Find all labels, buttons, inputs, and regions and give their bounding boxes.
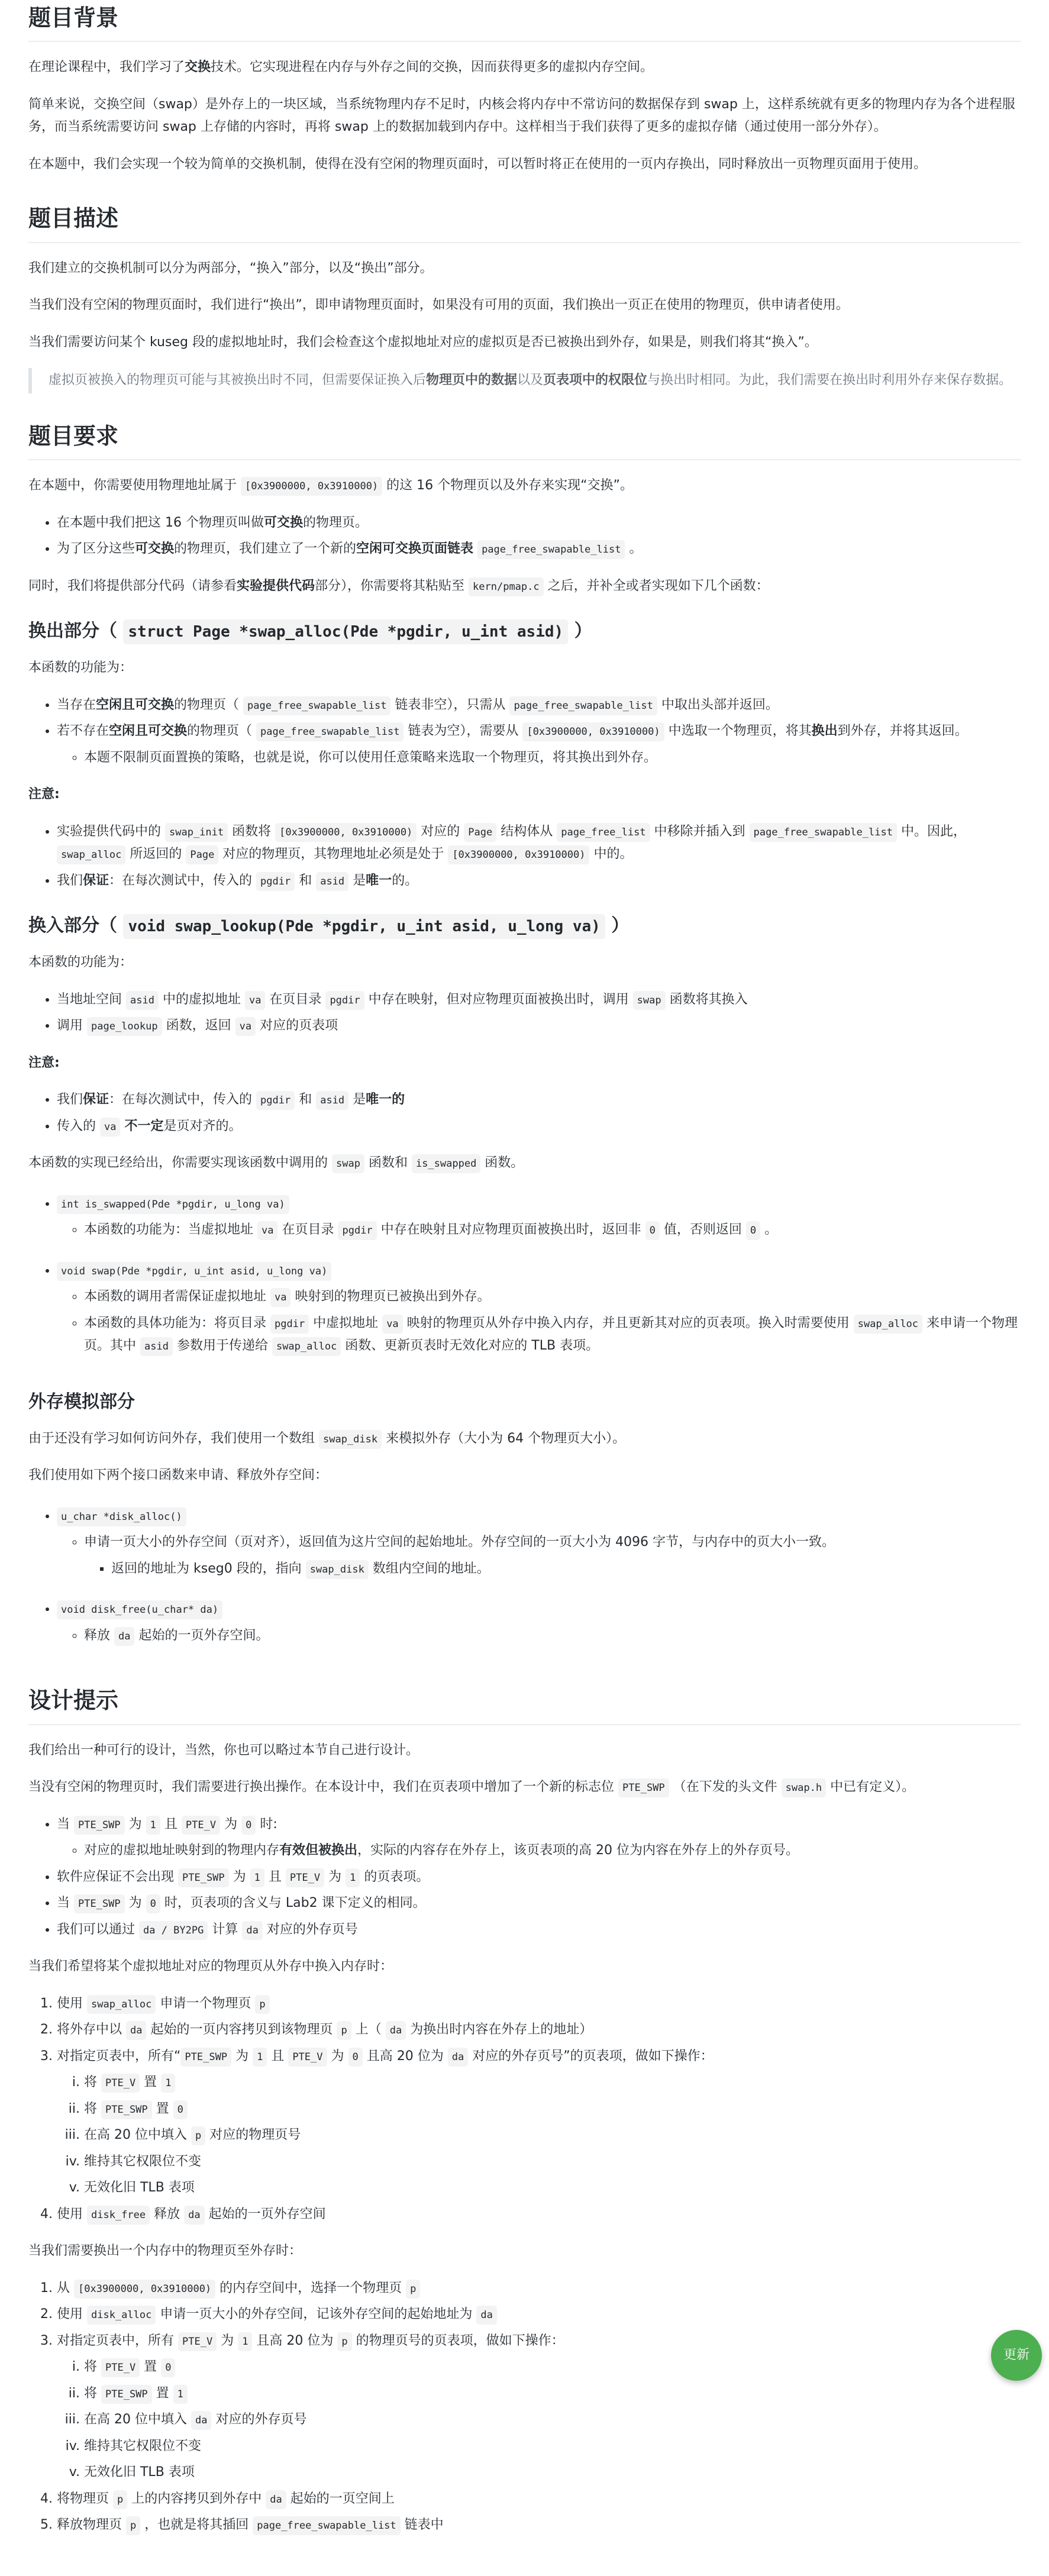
text: 为了区分这些 — [57, 541, 135, 556]
inline-code: va — [100, 1118, 120, 1137]
text: 本题不限制页面置换的策略，也就是说，你可以使用任意策略来选取一个物理页，将其换出… — [84, 750, 657, 765]
inline-code: da — [266, 2490, 286, 2509]
text: 的内存空间中，选择一个物理页 — [215, 2281, 406, 2296]
paragraph: 在本题中，你需要使用物理地址属于 [0x3900000, 0x3910000) … — [28, 474, 1021, 498]
inline-code: void swap_lookup(Pde *pgdir, u_int asid,… — [123, 914, 605, 939]
list-item: 软件应保证不会出现 PTE_SWP 为 1 且 PTE_V 为 1 的页表项。 — [57, 1866, 1021, 1889]
text: 当我们需要换出一个内存中的物理页至外存时： — [28, 2243, 302, 2258]
inline-code: pgdir — [270, 1315, 309, 1334]
list-item: 当地址空间 asid 中的虚拟地址 va 在页目录 pgdir 中存在映射，但对… — [57, 989, 1021, 1012]
inline-code: da — [191, 2411, 211, 2430]
text: 对应的物理页，其物理地址必须是处于 — [218, 847, 448, 861]
text: 且高 20 位为 — [252, 2333, 337, 2348]
section-requirements: 题目要求在本题中，你需要使用物理地址属于 [0x3900000, 0x39100… — [28, 414, 1021, 1658]
bold-text: 空闲可交换页面链表 — [356, 541, 473, 556]
text: 的物理页（ — [187, 724, 256, 738]
bullet-list: 当 PTE_SWP 为 1 且 PTE_V 为 0 时:对应的虚拟地址映射到的物… — [28, 1813, 1021, 1942]
text: 使用 — [57, 1996, 87, 2011]
inline-code: asid — [316, 1091, 348, 1110]
inline-code: 1 — [250, 1868, 264, 1887]
bullet-list: 在本题中我们把这 16 个物理页叫做可交换的物理页。为了区分这些可交换的物理页，… — [28, 512, 1021, 561]
text: 是 — [348, 1092, 366, 1107]
list-item: int is_swapped(Pde *pgdir, u_long va)本函数… — [57, 1189, 1021, 1253]
inline-code: void disk_free(u_char* da) — [57, 1600, 222, 1619]
inline-code: va — [270, 1288, 291, 1307]
text: 使用 — [57, 2207, 87, 2222]
text: 链表中 — [401, 2517, 444, 2532]
text: 对应的页表项 — [256, 1018, 338, 1033]
text: 释放 — [150, 2207, 184, 2222]
inline-code: swap.h — [782, 1778, 826, 1797]
text: 我们 — [57, 1092, 83, 1107]
list-item: 调用 page_lookup 函数，返回 va 对应的页表项 — [57, 1015, 1021, 1038]
list-item: 对指定页表中，所有“PTE_SWP 为 1 且 PTE_V 为 0 且高 20 … — [57, 2045, 1021, 2200]
text: 置 — [140, 2359, 161, 2374]
bullet-list: 返回的地址为 kseg0 段的，指向 swap_disk 数组内空间的地址。 — [84, 1558, 1021, 1581]
text: 对应的 — [417, 824, 464, 839]
inline-code: is_swapped — [412, 1154, 480, 1173]
inline-code: 1 — [146, 1816, 160, 1835]
text: 中存在映射，但对应物理页面被换出时，调用 — [364, 992, 633, 1007]
text: ：在每次测试中，传入的 — [109, 873, 256, 888]
text: 和 — [295, 873, 316, 888]
list-item: 释放物理页 p ，也就是将其插回 page_free_swapable_list… — [57, 2514, 1021, 2537]
text: 将 — [84, 2359, 101, 2374]
list-item: void disk_free(u_char* da)释放 da 起始的一页外存空… — [57, 1594, 1021, 1658]
inline-code: PTE_V — [286, 1868, 324, 1887]
text: 之后，并补全或者实现如下几个函数： — [544, 579, 769, 593]
text: 在本题中我们把这 16 个物理页叫做 — [57, 515, 264, 530]
text: 函数。 — [480, 1155, 524, 1170]
text: 在高 20 位中填入 — [84, 2412, 191, 2427]
text: 对应的外存页号 — [211, 2412, 306, 2427]
text: 函数和 — [364, 1155, 412, 1170]
inline-code: p — [126, 2516, 140, 2535]
text: 与换出时相同。为此，我们需要在换出时利用外存来保存数据。 — [647, 373, 1012, 388]
paragraph: 同时，我们将提供部分代码（请参看实验提供代码部分），你需要将其粘贴至 kern/… — [28, 575, 1021, 598]
bullet-list: 申请一页大小的外存空间（页对齐），返回值为这片空间的起始地址。外存空间的一页大小… — [57, 1531, 1021, 1580]
section-title: 题目描述 — [28, 196, 1021, 243]
bold-text: 页表项中的权限位 — [543, 373, 647, 388]
text: 我们使用如下两个接口函数来申请、释放外存空间： — [28, 1468, 328, 1483]
text: 我们给出一种可行的设计，当然，你也可以略过本节自己进行设计。 — [28, 1743, 419, 1758]
text: 虚拟页被换入的物理页可能与其被换出时不同，但需要保证换入后 — [49, 373, 426, 388]
text: 和 — [295, 1092, 316, 1107]
text: 的物理页。 — [303, 515, 368, 530]
text: 中已有定义）。 — [826, 1780, 915, 1794]
text: 对应的物理页号 — [205, 2128, 301, 2142]
inline-code: pgdir — [338, 1221, 376, 1240]
text: 的物理页，我们建立了一个新的 — [174, 541, 356, 556]
text: ） — [605, 915, 629, 936]
text: 对应的虚拟地址映射到的物理内存 — [84, 1843, 279, 1858]
inline-code: swap_alloc — [87, 1995, 156, 2014]
subsection-title: 换出部分（ struct Page *swap_alloc(Pde *pgdir… — [28, 619, 1021, 644]
text: 置 — [152, 2386, 173, 2401]
text: 结构体从 — [496, 824, 557, 839]
text: 。 — [625, 541, 642, 556]
inline-code: 1 — [253, 2048, 267, 2067]
inline-code: PTE_SWP — [101, 2385, 152, 2404]
bold-text: 可交换 — [135, 541, 174, 556]
bold-text: 有效但被换出 — [279, 1843, 357, 1858]
inline-code: PTE_V — [101, 2074, 140, 2093]
inline-code: 0 — [146, 1894, 160, 1913]
inline-code: pgdir — [325, 991, 364, 1010]
inline-code: da — [242, 1921, 262, 1940]
list-item: 维持其它权限位不变 — [84, 2435, 1021, 2458]
section-background: 题目背景在理论课程中，我们学习了交换技术。它实现进程在内存与外存之间的交换，因而… — [28, 0, 1021, 176]
paragraph: 简单来说，交换空间（swap）是外存上的一块区域，当系统物理内存不足时，内核会将… — [28, 93, 1021, 139]
text: 的物理页（ — [174, 698, 243, 712]
text: 为 — [229, 1870, 250, 1884]
text: 释放 — [84, 1628, 114, 1643]
text: 为 — [220, 1817, 241, 1832]
text: 当 — [57, 1817, 74, 1832]
text: 当我们需要访问某个 kuseg 段的虚拟地址时，我们会检查这个虚拟地址对应的虚拟… — [28, 335, 818, 350]
inline-code: 1 — [173, 2385, 188, 2404]
list-item: 在高 20 位中填入 da 对应的外存页号 — [84, 2409, 1021, 2432]
text: 维持其它权限位不变 — [84, 2439, 201, 2454]
inline-code: 1 — [238, 2332, 252, 2351]
text: 当我们没有空闲的物理页面时，我们进行“换出”，即申请物理页面时，如果没有可用的页… — [28, 298, 849, 312]
list-item: 当存在空闲且可交换的物理页（ page_free_swapable_list 链… — [57, 694, 1021, 717]
inline-code: [0x3900000, 0x3910000) — [448, 845, 589, 864]
text: 中选取一个物理页，将其 — [664, 724, 812, 738]
note-label: 注意: — [28, 783, 1021, 806]
list-item: 返回的地址为 kseg0 段的，指向 swap_disk 数组内空间的地址。 — [111, 1558, 1021, 1581]
text: 释放物理页 — [57, 2517, 126, 2532]
inline-code: PTE_V — [288, 2048, 327, 2067]
inline-code: 0 — [348, 2048, 363, 2067]
text: ） — [568, 621, 592, 641]
list-item: 我们保证：在每次测试中，传入的 pgdir 和 asid 是唯一的 — [57, 1089, 1021, 1112]
inline-code: PTE_V — [182, 1816, 220, 1835]
list-item: 无效化旧 TLB 表项 — [84, 2461, 1021, 2484]
list-item: 维持其它权限位不变 — [84, 2151, 1021, 2174]
inline-code: void swap(Pde *pgdir, u_int asid, u_long… — [57, 1262, 331, 1281]
bullet-list: 本题不限制页面置换的策略，也就是说，你可以使用任意策略来选取一个物理页，将其换出… — [57, 747, 1021, 770]
inline-code: p — [113, 2490, 127, 2509]
inline-code: PTE_V — [101, 2358, 140, 2377]
list-item: 将物理页 p 上的内容拷贝到外存中 da 起始的一页空间上 — [57, 2488, 1021, 2511]
text: 且 — [267, 2049, 288, 2064]
text: 置 — [152, 2102, 173, 2116]
bold-text: 不一定 — [124, 1119, 163, 1134]
inline-code: da — [126, 2021, 146, 2040]
inline-code: swap_disk — [319, 1430, 382, 1449]
list-item: 对指定页表中，所有 PTE_V 为 1 且高 20 位为 p 的物理页号的页表项… — [57, 2330, 1021, 2484]
inline-code: da — [448, 2048, 468, 2067]
text: 在本题中，你需要使用物理地址属于 — [28, 478, 241, 493]
inline-code: int is_swapped(Pde *pgdir, u_long va) — [57, 1195, 289, 1214]
bold-text: 注意 — [28, 1055, 54, 1070]
text: 本函数的实现已经给出，你需要实现该函数中调用的 — [28, 1155, 332, 1170]
inline-code: va — [235, 1017, 256, 1036]
update-button[interactable]: 更新 — [991, 2330, 1042, 2381]
list-item: 若不存在空闲且可交换的物理页（ page_free_swapable_list … — [57, 720, 1021, 769]
text: 起始的一页外存空间。 — [134, 1628, 269, 1643]
bullet-list: u_char *disk_alloc()申请一页大小的外存空间（页对齐），返回值… — [28, 1502, 1021, 1658]
inline-code: disk_free — [87, 2206, 150, 2225]
text: 当 — [57, 1896, 74, 1910]
inline-code: page_free_swapable_list — [477, 540, 625, 559]
note-label: 注意: — [28, 1052, 1021, 1075]
text: 参数用于传递给 — [173, 1338, 272, 1353]
text: 为 — [327, 2049, 348, 2064]
text: 中移除并插入到 — [650, 824, 750, 839]
list-item: 将 PTE_V 置 0 — [84, 2356, 1021, 2379]
text: 起始的一页外存空间 — [205, 2207, 326, 2222]
inline-code: page_free_swapable_list — [253, 2516, 400, 2535]
inline-code: asid — [316, 872, 348, 891]
text: ，实际的内容存在外存上，该页表项的高 20 位为内容在外存上的外存页号。 — [357, 1843, 799, 1858]
inline-code: asid — [126, 991, 159, 1010]
inline-code: p — [406, 2280, 420, 2299]
paragraph: 本函数的实现已经给出，你需要实现该函数中调用的 swap 函数和 is_swap… — [28, 1152, 1021, 1175]
text: ，也就是将其插回 — [140, 2517, 253, 2532]
inline-code: page_free_list — [557, 823, 650, 842]
paragraph: 本函数的功能为： — [28, 657, 1021, 680]
text: 我们 — [57, 873, 83, 888]
text: 对指定页表中，所有 — [57, 2333, 178, 2348]
document: 题目背景在理论课程中，我们学习了交换技术。它实现进程在内存与外存之间的交换，因而… — [0, 0, 1049, 2575]
text: 维持其它权限位不变 — [84, 2154, 201, 2169]
text: : — [54, 1055, 60, 1070]
list-item: 本函数的具体功能为：将页目录 pgdir 中虚拟地址 va 映射的物理页从外存中… — [84, 1312, 1021, 1358]
inline-code: [0x3900000, 0x3910000) — [522, 722, 664, 741]
bold-text: 唯一的 — [366, 1092, 405, 1107]
inline-code: PTE_SWP — [101, 2100, 152, 2119]
text: 本函数的具体功能为：将页目录 — [84, 1316, 270, 1331]
inline-code: page_free_swapable_list — [256, 722, 404, 741]
inline-code: swap_alloc — [57, 845, 125, 864]
text: 本函数的调用者需保证虚拟地址 — [84, 1289, 270, 1304]
inline-code: PTE_SWP — [618, 1778, 669, 1797]
paragraph: 当我们需要访问某个 kuseg 段的虚拟地址时，我们会检查这个虚拟地址对应的虚拟… — [28, 331, 1021, 354]
list-item: 将 PTE_SWP 置 1 — [84, 2383, 1021, 2406]
text: 且 — [264, 1870, 286, 1884]
inline-code: swap_disk — [306, 1560, 369, 1579]
text: 本函数的功能为： — [28, 955, 133, 970]
bold-text: 物理页中的数据 — [426, 373, 517, 388]
blockquote: 虚拟页被换入的物理页可能与其被换出时不同，但需要保证换入后物理页中的数据以及页表… — [28, 368, 1021, 393]
list-item: 使用 swap_alloc 申请一个物理页 p — [57, 1993, 1021, 2016]
text: （在下发的头文件 — [669, 1780, 782, 1794]
ordered-list: 使用 swap_alloc 申请一个物理页 p将外存中以 da 起始的一页内容拷… — [28, 1993, 1021, 2226]
inline-code: da — [184, 2206, 204, 2225]
text: 的。 — [392, 873, 418, 888]
text: 。 — [760, 1222, 777, 1237]
inline-code: [0x3900000, 0x3910000) — [275, 823, 417, 842]
text: 所返回的 — [125, 847, 186, 861]
bullet-list: 本函数的功能为：当虚拟地址 va 在页目录 pgdir 中存在映射且对应物理页面… — [57, 1219, 1021, 1242]
bullet-list: 本函数的调用者需保证虚拟地址 va 映射到的物理页已被换出到外存。本函数的具体功… — [57, 1286, 1021, 1358]
bold-text: 实验提供代码 — [237, 579, 315, 593]
text: 映射的物理页从外存中换入内存，并且更新其对应的页表项。换入时需要使用 — [403, 1316, 854, 1331]
paragraph: 由于还没有学习如何访问外存，我们使用一个数组 swap_disk 来模拟外存（大… — [28, 1428, 1021, 1451]
list-item: 在本题中我们把这 16 个物理页叫做可交换的物理页。 — [57, 512, 1021, 535]
text: 为 — [324, 1870, 346, 1884]
inline-code: asid — [140, 1337, 173, 1356]
text: 对指定页表中，所有“ — [57, 2049, 180, 2064]
inline-code: PTE_SWP — [180, 2048, 231, 2067]
text: 我们建立的交换机制可以分为两部分，“换入”部分，以及“换出”部分。 — [28, 261, 433, 276]
text: 在高 20 位中填入 — [84, 2128, 191, 2142]
text: 将 — [84, 2075, 101, 2090]
text: 换出部分（ — [28, 621, 123, 641]
inline-code: swap_init — [165, 823, 228, 842]
list-item: 将 PTE_V 置 1 — [84, 2071, 1021, 2094]
text: 中的。 — [589, 847, 632, 861]
text: 同时，我们将提供部分代码（请参看 — [28, 579, 237, 593]
inline-code: kern/pmap.c — [469, 577, 544, 596]
inline-code: da / BY2PG — [139, 1921, 208, 1940]
paragraph: 当我们希望将某个虚拟地址对应的物理页从外存中换入内存时： — [28, 1955, 1021, 1978]
ordered-list: 将 PTE_V 置 0将 PTE_SWP 置 1在高 20 位中填入 da 对应… — [57, 2356, 1021, 2484]
text: 将外存中以 — [57, 2022, 126, 2037]
text — [473, 541, 477, 556]
paragraph: 当我们需要换出一个内存中的物理页至外存时： — [28, 2240, 1021, 2263]
list-item: u_char *disk_alloc()申请一页大小的外存空间（页对齐），返回值… — [57, 1502, 1021, 1592]
inline-code: 1 — [346, 1868, 360, 1887]
bold-text: 唯一 — [366, 873, 392, 888]
bullet-list: int is_swapped(Pde *pgdir, u_long va)本函数… — [28, 1189, 1021, 1368]
text: 函数将 — [228, 824, 275, 839]
text: 以及 — [517, 373, 543, 388]
list-item: 当 PTE_SWP 为 0 时，页表项的含义与 Lab2 课下定义的相同。 — [57, 1892, 1021, 1915]
text: 起始的一页空间上 — [286, 2491, 395, 2506]
inline-code: PTE_SWP — [74, 1894, 125, 1913]
text: 中取出头部并返回。 — [657, 698, 779, 712]
paragraph: 当没有空闲的物理页时，我们需要进行换出操作。在本设计中，我们在页表项中增加了一个… — [28, 1776, 1021, 1799]
text: 链表非空），只需从 — [390, 698, 509, 712]
inline-code: pgdir — [256, 872, 295, 891]
inline-code: 0 — [241, 1816, 256, 1835]
inline-code: p — [337, 2021, 351, 2040]
text: 上的内容拷贝到外存中 — [127, 2491, 266, 2506]
bullet-list: 释放 da 起始的一页外存空间。 — [57, 1625, 1021, 1648]
list-item: 对应的虚拟地址映射到的物理内存有效但被换出，实际的内容存在外存上，该页表项的高 … — [84, 1839, 1021, 1862]
list-item: 释放 da 起始的一页外存空间。 — [84, 1625, 1021, 1648]
text: 实验提供代码中的 — [57, 824, 165, 839]
inline-code: disk_alloc — [87, 2306, 156, 2325]
inline-code: p — [255, 1995, 269, 2014]
list-item: 我们可以通过 da / BY2PG 计算 da 对应的外存页号 — [57, 1919, 1021, 1942]
inline-code: page_free_swapable_list — [243, 696, 390, 715]
text: 链表为空），需要从 — [404, 724, 522, 738]
paragraph: 我们使用如下两个接口函数来申请、释放外存空间： — [28, 1464, 1021, 1487]
paragraph: 在本题中，我们会实现一个较为简单的交换机制，使得在没有空闲的物理页面时，可以暂时… — [28, 153, 1021, 176]
text: 为换出时内容在外存上的地址） — [406, 2022, 592, 2037]
text: 映射到的物理页已被换出到外存。 — [291, 1289, 490, 1304]
inline-code: va — [245, 991, 265, 1010]
inline-code: swap_alloc — [854, 1315, 922, 1334]
text: 从 — [57, 2281, 74, 2296]
text: 申请一页大小的外存空间，记该外存空间的起始地址为 — [156, 2307, 476, 2322]
text: 调用 — [57, 1018, 87, 1033]
list-item: 为了区分这些可交换的物理页，我们建立了一个新的空闲可交换页面链表 page_fr… — [57, 538, 1021, 561]
paragraph: 我们给出一种可行的设计，当然，你也可以略过本节自己进行设计。 — [28, 1739, 1021, 1762]
text: 当没有空闲的物理页时，我们需要进行换出操作。在本设计中，我们在页表项中增加了一个… — [28, 1780, 618, 1794]
list-item: 在高 20 位中填入 p 对应的物理页号 — [84, 2124, 1021, 2147]
text: 为 — [125, 1896, 146, 1910]
text: 函数，返回 — [162, 1018, 235, 1033]
bullet-list: 我们保证：在每次测试中，传入的 pgdir 和 asid 是唯一的传入的 va … — [28, 1089, 1021, 1138]
text: 将 — [84, 2102, 101, 2116]
inline-code: Page — [186, 845, 218, 864]
inline-code: da — [386, 2021, 406, 2040]
inline-code: 0 — [645, 1221, 660, 1240]
text: 且 — [160, 1817, 182, 1832]
text: 为 — [125, 1817, 146, 1832]
bullet-list: 实验提供代码中的 swap_init 函数将 [0x3900000, 0x391… — [28, 821, 1021, 893]
text: 将物理页 — [57, 2491, 113, 2506]
inline-code: Page — [464, 823, 496, 842]
subsection-title: 外存模拟部分 — [28, 1390, 1021, 1415]
text: 的页表项。 — [360, 1870, 429, 1884]
section-title: 题目背景 — [28, 0, 1021, 42]
list-item: 当 PTE_SWP 为 1 且 PTE_V 为 0 时:对应的虚拟地址映射到的物… — [57, 1813, 1021, 1862]
text: 中的虚拟地址 — [159, 992, 245, 1007]
text: ：在每次测试中，传入的 — [109, 1092, 256, 1107]
inline-code: p — [337, 2332, 351, 2351]
list-item: 申请一页大小的外存空间（页对齐），返回值为这片空间的起始地址。外存空间的一页大小… — [84, 1531, 1021, 1580]
text: 在页目录 — [265, 992, 325, 1007]
bold-text: 保证 — [83, 873, 109, 888]
text: 到外存，并将其返回。 — [838, 724, 968, 738]
inline-code: pgdir — [256, 1091, 295, 1110]
text: 无效化旧 TLB 表项 — [84, 2180, 195, 2195]
list-item: 本函数的功能为：当虚拟地址 va 在页目录 pgdir 中存在映射且对应物理页面… — [84, 1219, 1021, 1242]
inline-code: struct Page *swap_alloc(Pde *pgdir, u_in… — [123, 619, 568, 644]
inline-code: swap_alloc — [272, 1337, 341, 1356]
bold-text: 空闲且可交换 — [96, 698, 174, 712]
text: 时: — [256, 1817, 277, 1832]
bold-text: 换出 — [812, 724, 838, 738]
text: 值，否则返回 — [660, 1222, 746, 1237]
inline-code: u_char *disk_alloc() — [57, 1507, 186, 1526]
inline-code: 0 — [746, 1221, 760, 1240]
text: 起始的一页内容拷贝到该物理页 — [146, 2022, 337, 2037]
inline-code: 0 — [173, 2100, 188, 2119]
text: 软件应保证不会出现 — [57, 1870, 178, 1884]
inline-code: va — [382, 1315, 402, 1334]
text: 为 — [231, 2049, 253, 2064]
text: 传入的 — [57, 1119, 100, 1134]
bullet-list: 当存在空闲且可交换的物理页（ page_free_swapable_list 链… — [28, 694, 1021, 770]
bold-text: 空闲且可交换 — [109, 724, 187, 738]
inline-code: swap — [633, 991, 666, 1010]
ordered-list: 从 [0x3900000, 0x3910000) 的内存空间中，选择一个物理页 … — [28, 2277, 1021, 2537]
text: 返回的地址为 kseg0 段的，指向 — [111, 1561, 306, 1576]
text: 无效化旧 TLB 表项 — [84, 2465, 195, 2480]
text: 技术。它实现进程在内存与外存之间的交换，因而获得更多的虚拟内存空间。 — [211, 60, 653, 75]
inline-code: swap — [332, 1154, 364, 1173]
text: 本函数的功能为：当虚拟地址 — [84, 1222, 257, 1237]
inline-code: [0x3900000, 0x3910000) — [241, 477, 382, 496]
text: 申请一页大小的外存空间（页对齐），返回值为这片空间的起始地址。外存空间的一页大小… — [84, 1535, 835, 1550]
text: 中存在映射且对应物理页面被换出时，返回非 — [377, 1222, 645, 1237]
text: 来模拟外存（大小为 64 个物理页大小）。 — [382, 1431, 625, 1446]
paragraph: 我们建立的交换机制可以分为两部分，“换入”部分，以及“换出”部分。 — [28, 257, 1021, 280]
text: 中虚拟地址 — [309, 1316, 382, 1331]
inline-code: page_lookup — [87, 1017, 162, 1036]
text: 本函数的功能为： — [28, 660, 133, 675]
text: : — [54, 787, 60, 802]
text: 当地址空间 — [57, 992, 126, 1007]
section-title: 设计提示 — [28, 1678, 1021, 1725]
